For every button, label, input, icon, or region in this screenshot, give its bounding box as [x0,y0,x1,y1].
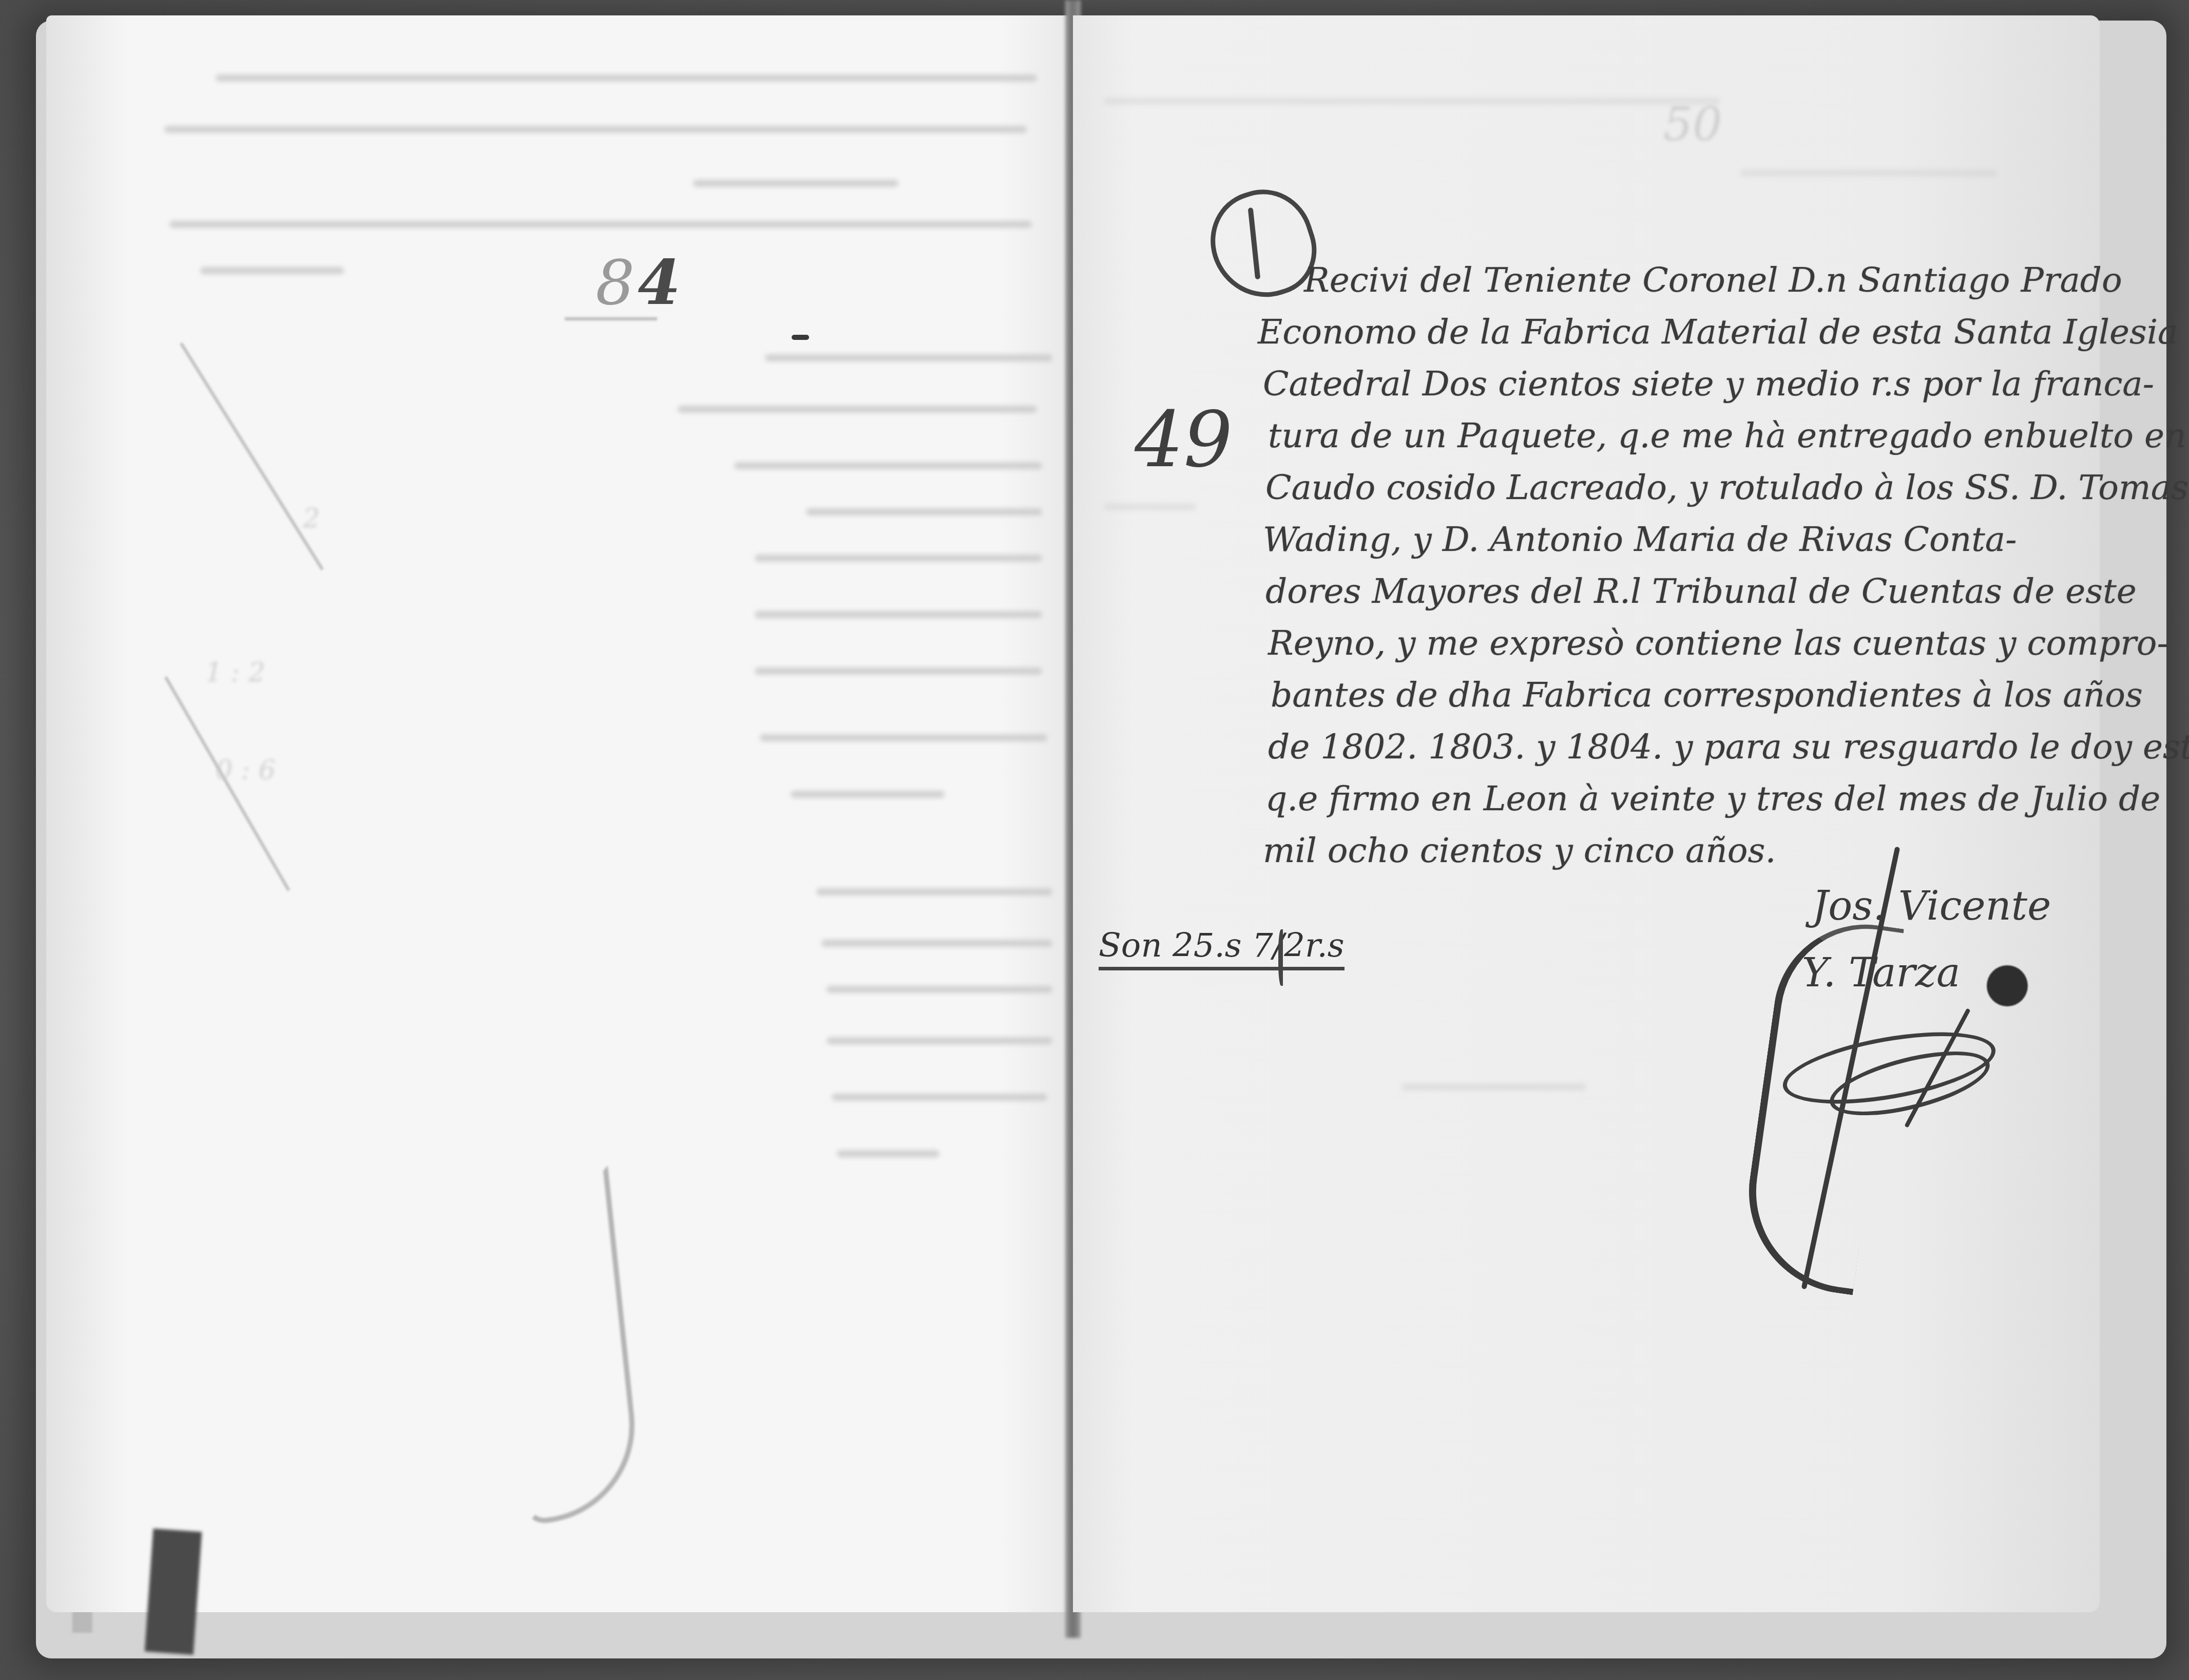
bleed-line [216,74,1037,82]
receipt-line: bantes de dha Fabrica correspondientes à… [1271,669,2118,721]
folio-overwrite-digit: 4 [638,246,684,319]
bleed-line [164,126,1027,133]
receipt-line: q.e firmo en Leon à veinte y tres del me… [1265,773,2113,825]
bleed-line [832,1094,1047,1101]
receipt-line: tura de un Paquete, q.e me hà entregado … [1268,410,2115,462]
margin-mark: 0 : 6 [216,755,276,786]
bleed-line [755,611,1042,618]
bleed-curl [490,1166,644,1525]
receipt-number: 49 [1135,395,1233,485]
bleed-line [1104,98,1720,105]
left-folio-number: 84 [596,246,684,319]
margin-mark: 2 [303,503,320,534]
receipt-line: Economo de la Fabrica Material de esta S… [1258,306,2105,358]
bleed-line [1104,503,1196,510]
bleed-line [827,986,1052,993]
margin-mark: 1 : 2 [205,657,265,688]
amount-note: Son 25.s 7/2r.s [1099,927,1345,970]
ink-blot [1987,965,2028,1006]
bleed-stroke [180,342,324,570]
ink-dash [792,335,809,340]
receipt-line: mil ocho cientos y cinco años. [1263,825,2110,876]
bleed-line [765,354,1052,361]
right-folio-number: 50 [1663,98,1722,151]
receipt-line: Reyno, y me expresò contiene las cuentas… [1268,617,2115,669]
bleed-line [1740,169,1997,177]
bleed-line [816,888,1052,895]
signature-line-1: Jos. Vicente [1812,883,2051,929]
bleed-line [200,267,344,274]
bleed-line [169,221,1032,228]
bleed-line [837,1150,939,1157]
signature: Jos. Vicente Y. Tarza [1781,883,2100,1294]
receipt-line: de 1802. 1803. y 1804. y para su resguar… [1268,721,2115,773]
amount-bracket [1278,929,1285,986]
folio-faint-digit: 8 [596,247,638,319]
receipt-text: Recivi del Teniente Coronel D.n Santiago… [1273,254,2120,876]
bleed-line [760,734,1047,741]
bleed-line [755,667,1042,675]
receipt-line: Caudo cosido Lacreado, y rotulado à los … [1265,462,2113,513]
bleed-line [1401,1083,1586,1091]
receipt-line: Catedral Dos cientos siete y medio r.s p… [1263,358,2110,410]
bookmark-ribbon [145,1529,202,1655]
left-page: 2 0 : 6 1 : 2 [46,15,1083,1612]
bleed-line [791,791,945,798]
bleed-line [827,1037,1052,1044]
receipt-line: Wading, y D. Antonio Maria de Rivas Cont… [1263,513,2110,565]
bleed-line [693,180,898,187]
folio-underline [565,317,657,320]
bleed-line [678,406,1037,413]
bleed-line [821,940,1052,947]
signature-line-2: Y. Tarza [1802,950,1960,996]
bleed-line [755,555,1042,562]
receipt-line: Recivi del Teniente Coronel D.n Santiago… [1273,254,2120,306]
bleed-line [806,508,1042,516]
bleed-line [734,462,1042,469]
receipt-line: dores Mayores del R.l Tribunal de Cuenta… [1265,565,2113,617]
